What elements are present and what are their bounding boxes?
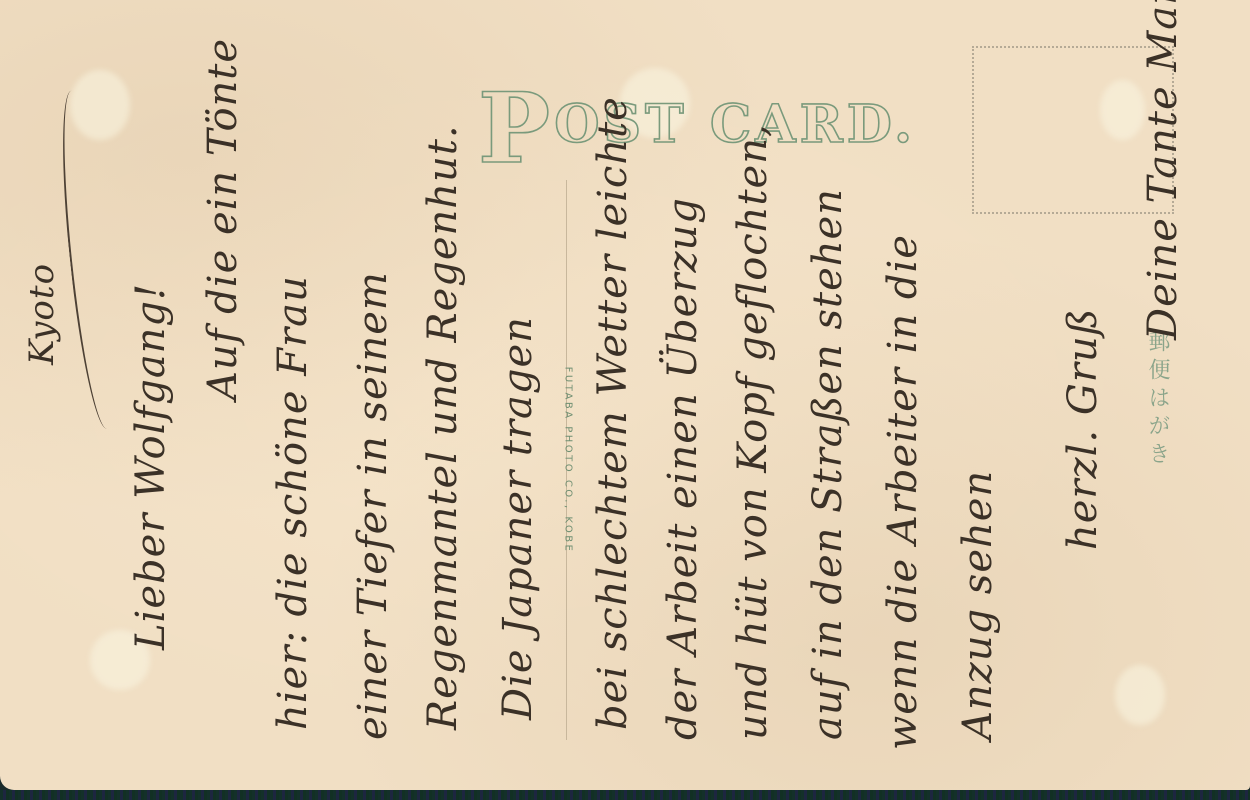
publisher-imprint: FUTABA PHOTO CO., KOBE bbox=[563, 367, 574, 554]
pen-flourish bbox=[52, 89, 119, 430]
handwritten-line: Die Japaner tragen bbox=[495, 316, 541, 720]
japanese-postcard-label: 郵便はがき bbox=[1146, 330, 1168, 470]
handwritten-line: Auf die ein Tönte bbox=[200, 38, 246, 400]
handwritten-line: einer Tiefer in seinem bbox=[350, 271, 396, 740]
handwritten-place: Kyoto bbox=[22, 263, 62, 365]
handwritten-line: und hüt von Kopf geflochten, bbox=[730, 123, 776, 740]
postcard-heading: POST CARD. bbox=[478, 52, 916, 165]
postcard-back: POST CARD. FUTABA PHOTO CO., KOBE 郵便はがき … bbox=[0, 0, 1250, 790]
paper-stain bbox=[1115, 665, 1165, 725]
handwritten-line: wenn die Arbeiter in die bbox=[880, 234, 926, 750]
handwritten-closing: herzl. Gruß bbox=[1060, 308, 1106, 550]
handwritten-line: Regenmantel und Regenhut. bbox=[420, 124, 466, 730]
handwritten-line: der Arbeit einen Überzug bbox=[660, 197, 706, 740]
handwritten-line: Anzug sehen bbox=[955, 470, 1001, 740]
handwritten-line: Lieber Wolfgang! bbox=[128, 283, 174, 650]
handwritten-line: hier: die schöne Frau bbox=[270, 275, 316, 730]
handwritten-line: bei schlechtem Wetter leichte bbox=[590, 96, 636, 730]
scanner-edge bbox=[0, 790, 1250, 800]
handwritten-signature: Deine Tante Martel bbox=[1140, 0, 1186, 340]
handwritten-line: auf in den Straßen stehen bbox=[805, 188, 851, 740]
